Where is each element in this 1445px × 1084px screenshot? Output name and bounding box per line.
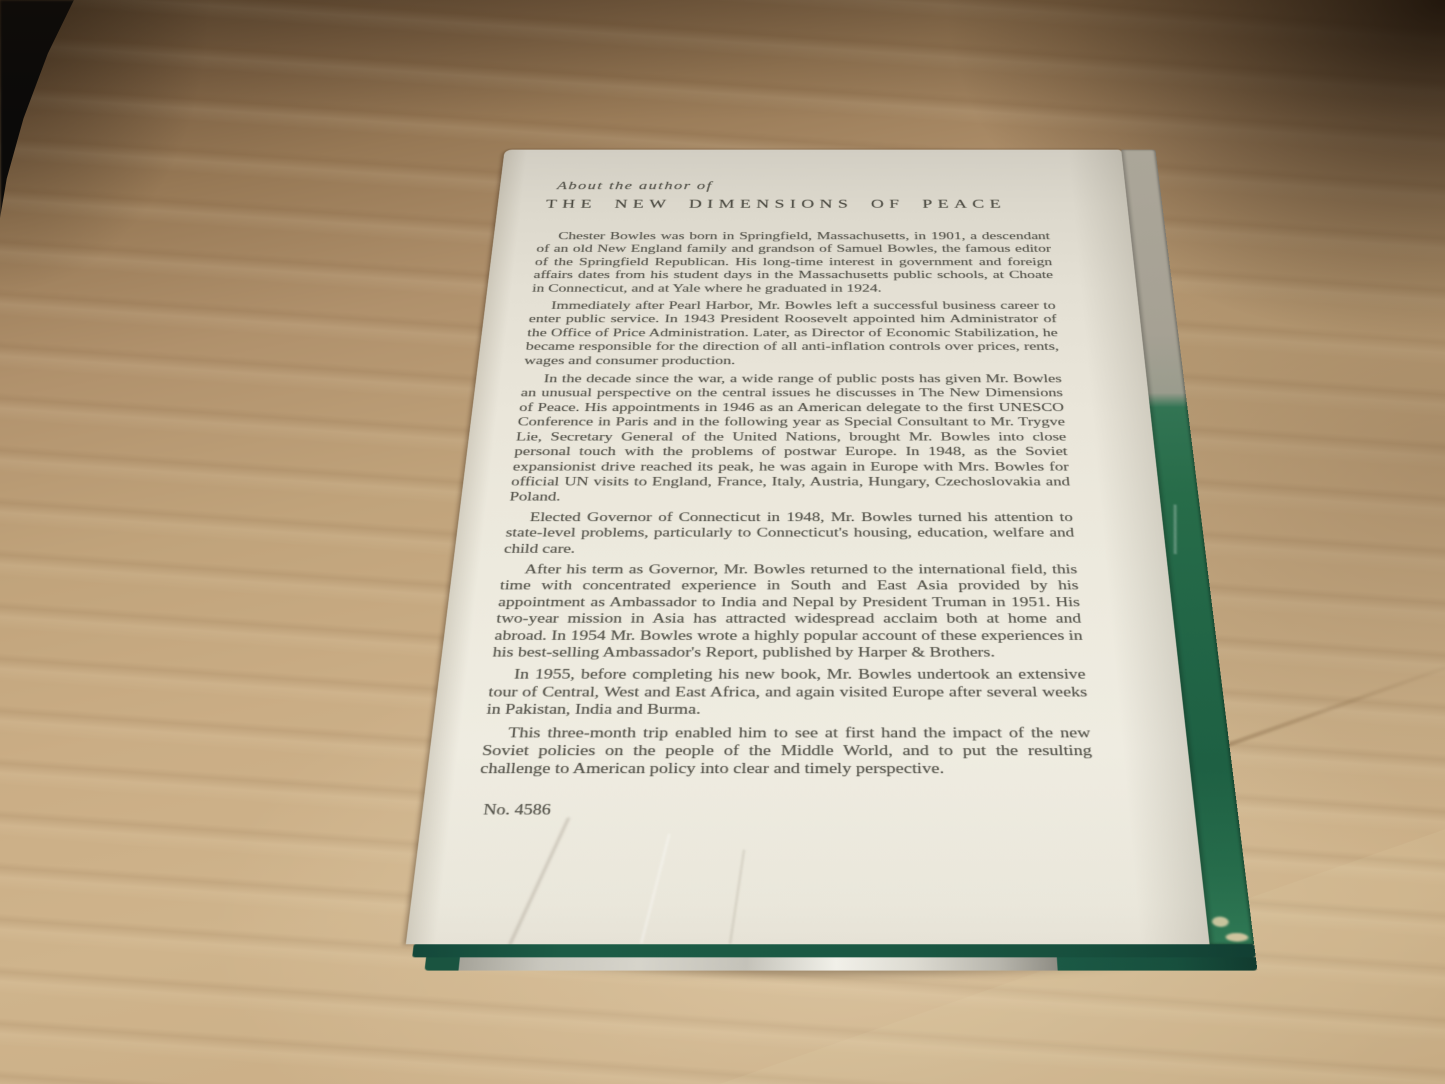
book-board-edge bbox=[412, 944, 1256, 957]
top-edge-shade bbox=[0, 0, 1445, 120]
spine-scratch bbox=[1174, 504, 1177, 554]
jacket-paragraph-6: In 1955, before completing his new book,… bbox=[486, 666, 1089, 718]
jacket-crease bbox=[729, 850, 745, 944]
jacket-paragraph-1: Chester Bowles was born in Springfield, … bbox=[531, 230, 1054, 295]
spine-worn-chip bbox=[1225, 933, 1249, 942]
jacket-paragraph-3: In the decade since the war, a wide rang… bbox=[509, 372, 1072, 505]
dust-jacket-back-panel: About the author of THE NEW DIMENSIONS O… bbox=[406, 150, 1210, 945]
jacket-eyebrow: About the author of bbox=[556, 179, 1046, 193]
board-edge-right bbox=[1057, 957, 1258, 970]
catalog-number: No. 4586 bbox=[482, 801, 1097, 819]
jacket-paragraph-7: This three-month trip enabled him to see… bbox=[479, 724, 1094, 778]
spine-worn-chip bbox=[1211, 917, 1229, 927]
board-corner-tip bbox=[425, 957, 460, 970]
jacket-paragraph-2: Immediately after Pearl Harbor, Mr. Bowl… bbox=[524, 299, 1061, 368]
jacket-book-title: THE NEW DIMENSIONS OF PEACE bbox=[545, 196, 1048, 212]
jacket-paragraph-5: After his term as Governor, Mr. Bowles r… bbox=[492, 562, 1085, 662]
jacket-text-block: About the author of THE NEW DIMENSIONS O… bbox=[475, 179, 1097, 820]
jacket-crease bbox=[640, 834, 670, 944]
book-photo: About the author of THE NEW DIMENSIONS O… bbox=[0, 0, 1445, 1084]
book-bottom-edge bbox=[425, 957, 1258, 970]
jacket-paragraph-4: Elected Governor of Connecticut in 1948,… bbox=[503, 510, 1076, 557]
about-author-text: Chester Bowles was born in Springfield, … bbox=[479, 230, 1094, 779]
pages-edge bbox=[458, 957, 1057, 970]
book: About the author of THE NEW DIMENSIONS O… bbox=[402, 150, 1258, 975]
jacket-crease bbox=[508, 817, 570, 945]
